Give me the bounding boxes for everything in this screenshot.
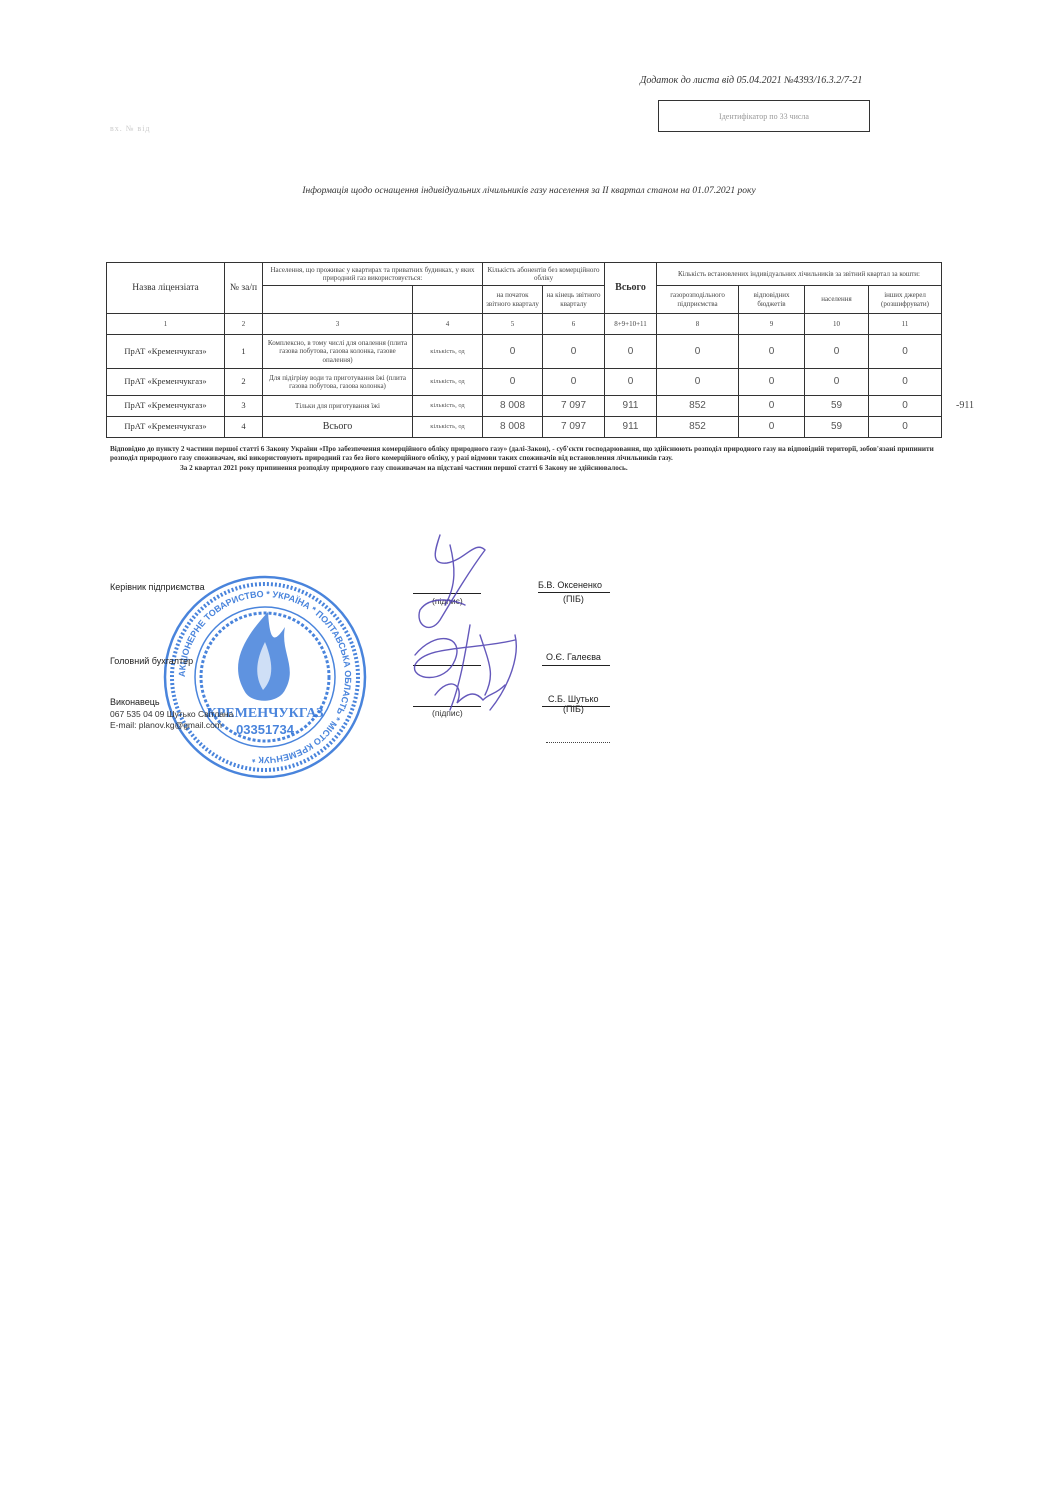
total-cell: 0	[605, 335, 657, 369]
header-total: Всього	[605, 263, 657, 314]
population-cell: 59	[805, 396, 869, 417]
notes: Відповідно до пункту 2 частини першої ст…	[110, 445, 940, 473]
row-no-cell: 3	[225, 396, 263, 417]
side-note: -911	[956, 400, 974, 411]
accountant-name: О.Є. Галеєва	[546, 652, 601, 662]
category-cell: Комплексно, в тому числі для опалення (п…	[263, 335, 413, 369]
column-number: 2	[225, 314, 263, 335]
licensee-cell: ПрАТ «Кременчукгаз»	[107, 396, 225, 417]
header-other-sources: інших джерел (розшифрувати)	[869, 286, 942, 314]
gas-distribution-cell: 852	[657, 417, 739, 438]
gas-distribution-cell: 0	[657, 335, 739, 369]
header-without-metering: Кількість абонентів без комерційного обл…	[483, 263, 605, 286]
budgets-cell: 0	[739, 335, 805, 369]
accountant-label: Головний бухгалтер	[110, 656, 193, 666]
licensee-cell: ПрАТ «Кременчукгаз»	[107, 417, 225, 438]
budgets-cell: 0	[739, 369, 805, 396]
note-paragraph-2: За 2 квартал 2021 року припинення розпод…	[110, 464, 940, 473]
registration-box-text: Ідентифікатор по 33 числа	[719, 112, 809, 121]
start-cell: 8 008	[483, 417, 543, 438]
budgets-cell: 0	[739, 417, 805, 438]
director-label: Керівник підприємства	[110, 582, 205, 592]
unit-cell: кількість, од	[413, 369, 483, 396]
name-line-director	[538, 592, 610, 593]
table-row-total: ПрАТ «Кременчукгаз» 4 Всього кількість, …	[107, 417, 942, 438]
row-no-cell: 2	[225, 369, 263, 396]
executor-email: E-mail: planov.kg@gmail.com	[110, 720, 222, 730]
other-cell: 0	[869, 335, 942, 369]
row-no-cell: 1	[225, 335, 263, 369]
end-cell: 0	[543, 369, 605, 396]
end-cell: 0	[543, 335, 605, 369]
category-cell: Тільки для приготування їжі	[263, 396, 413, 417]
column-number: 10	[805, 314, 869, 335]
licensee-cell: ПрАТ «Кременчукгаз»	[107, 369, 225, 396]
row-no-cell: 4	[225, 417, 263, 438]
gas-distribution-cell: 852	[657, 396, 739, 417]
header-local-budgets: відповідних бюджетів	[739, 286, 805, 314]
header-licensee: Назва ліцензіата	[107, 263, 225, 314]
start-cell: 0	[483, 369, 543, 396]
total-cell: 911	[605, 417, 657, 438]
name-caption: (ПІБ)	[563, 594, 584, 604]
column-number: 8	[657, 314, 739, 335]
header-end-quarter: на кінець звітного кварталу	[543, 286, 605, 314]
header-row-no: № за/п	[225, 263, 263, 314]
population-cell: 0	[805, 369, 869, 396]
document-title: Інформація щодо оснащення індивідуальних…	[0, 186, 1058, 196]
population-cell: 0	[805, 335, 869, 369]
population-cell: 59	[805, 417, 869, 438]
registration-box: Ідентифікатор по 33 числа	[658, 100, 870, 132]
end-cell: 7 097	[543, 417, 605, 438]
header-population-funds: населення	[805, 286, 869, 314]
total-cell: 911	[605, 396, 657, 417]
executor-label: Виконавець	[110, 697, 160, 707]
name-line-extra	[546, 742, 610, 743]
executor-phone: 067 535 04 09 Шутько Світлана	[110, 709, 233, 719]
column-number: 1	[107, 314, 225, 335]
director-name: Б.В. Оксененко	[538, 580, 602, 590]
faint-reference: вх. № від	[110, 124, 150, 133]
executor-name: С.Б. Шутько	[548, 694, 599, 704]
header-category-blank	[263, 286, 413, 314]
budgets-cell: 0	[739, 396, 805, 417]
gas-distribution-cell: 0	[657, 369, 739, 396]
header-population: Населення, що проживає у квартирах та пр…	[263, 263, 483, 286]
licensee-cell: ПрАТ «Кременчукгаз»	[107, 335, 225, 369]
header-installed-meters: Кількість встановлених індивідуальних лі…	[657, 263, 942, 286]
other-cell: 0	[869, 369, 942, 396]
category-cell: Всього	[263, 417, 413, 438]
column-number-row: 1 2 3 4 5 6 8+9+10+11 8 9 10 11	[107, 314, 942, 335]
start-cell: 8 008	[483, 396, 543, 417]
other-cell: 0	[869, 396, 942, 417]
unit-cell: кількість, од	[413, 396, 483, 417]
annex-note: Додаток до листа від 05.04.2021 №4393/16…	[640, 75, 862, 86]
total-cell: 0	[605, 369, 657, 396]
header-start-quarter: на початок звітного кварталу	[483, 286, 543, 314]
column-number: 4	[413, 314, 483, 335]
name-caption: (ПІБ)	[563, 704, 584, 714]
name-line-accountant	[542, 665, 610, 666]
column-number: 8+9+10+11	[605, 314, 657, 335]
table-row: ПрАТ «Кременчукгаз» 3 Тільки для приготу…	[107, 396, 942, 417]
meters-report-table: Назва ліцензіата № за/п Населення, що пр…	[106, 262, 942, 438]
unit-cell: кількість, од	[413, 335, 483, 369]
column-number: 11	[869, 314, 942, 335]
category-cell: Для підігріву води та приготування їжі (…	[263, 369, 413, 396]
header-gas-distribution: газорозподільного підприємства	[657, 286, 739, 314]
end-cell: 7 097	[543, 396, 605, 417]
note-paragraph-1: Відповідно до пункту 2 частини першої ст…	[110, 445, 940, 464]
column-number: 9	[739, 314, 805, 335]
company-stamp: АКЦІОНЕРНЕ ТОВАРИСТВО * УКРАЇНА * ПОЛТАВ…	[160, 572, 370, 782]
column-number: 3	[263, 314, 413, 335]
table-row: ПрАТ «Кременчукгаз» 2 Для підігріву води…	[107, 369, 942, 396]
header-unit-blank	[413, 286, 483, 314]
column-number: 6	[543, 314, 605, 335]
unit-cell: кількість, од	[413, 417, 483, 438]
table-row: ПрАТ «Кременчукгаз» 1 Комплексно, в тому…	[107, 335, 942, 369]
other-cell: 0	[869, 417, 942, 438]
start-cell: 0	[483, 335, 543, 369]
handwritten-signatures	[395, 525, 535, 725]
column-number: 5	[483, 314, 543, 335]
stamp-code: 03351734	[236, 722, 295, 737]
